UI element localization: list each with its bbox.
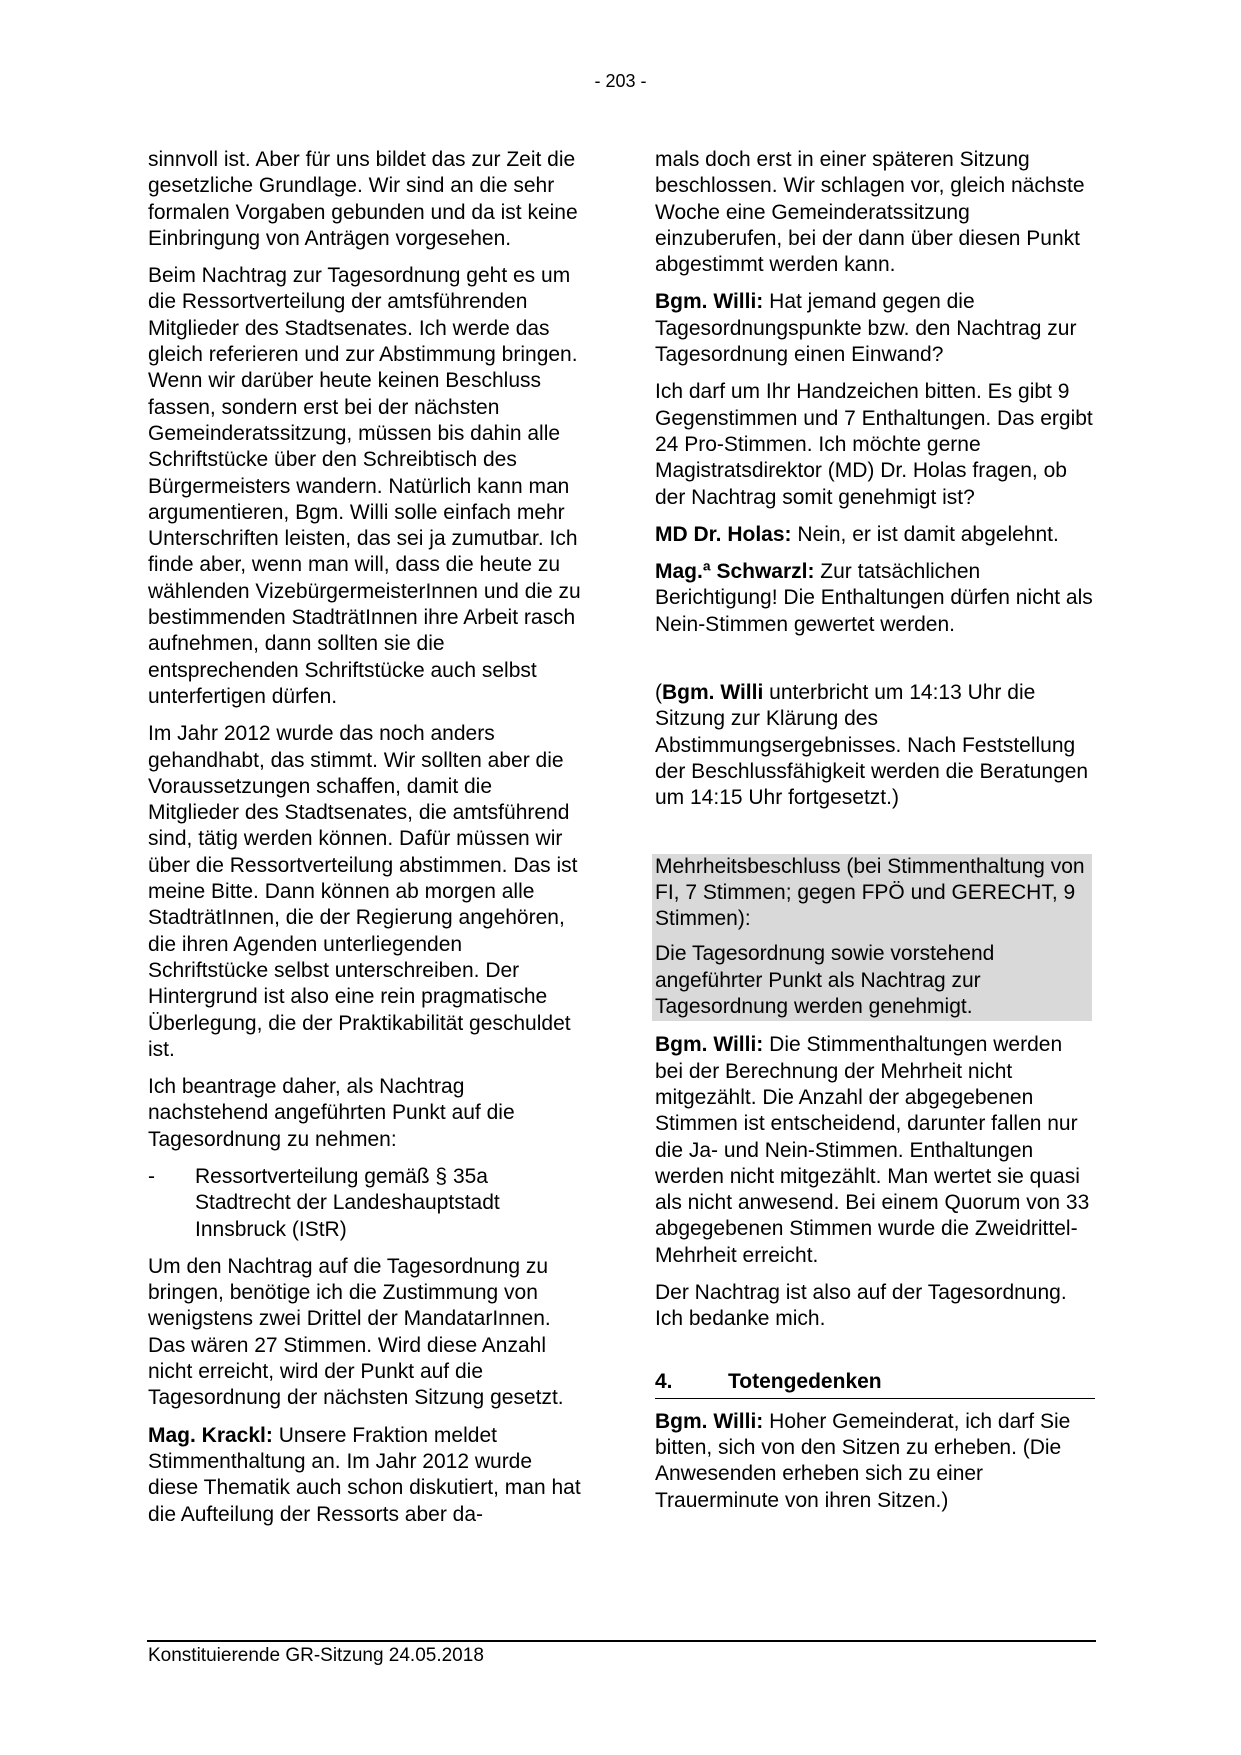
decision-text: Die Tagesordnung sowie vorstehend angefü… (655, 941, 1089, 1020)
speaker-name: Mag. Krackl: (148, 1424, 273, 1447)
speaker-name: MD Dr. Holas: (655, 523, 792, 546)
decision-box: Mehrheitsbeschluss (bei Stimmenthaltung … (652, 854, 1092, 1022)
note-paren: ( (655, 681, 662, 704)
page-number: - 203 - (0, 71, 1241, 92)
section-number: 4. (655, 1369, 728, 1395)
paragraph: Ich darf um Ihr Handzeichen bitten. Es g… (655, 379, 1095, 510)
paragraph: Beim Nachtrag zur Tagesordnung geht es u… (148, 263, 588, 710)
speaker-name: Bgm. Willi: (655, 290, 763, 313)
speaker-name: Bgm. Willi: (655, 1033, 763, 1056)
speech-paragraph: Bgm. Willi: Hat jemand gegen die Tagesor… (655, 289, 1095, 368)
footer-divider (147, 1640, 1096, 1642)
paragraph: sinnvoll ist. Aber für uns bildet das zu… (148, 147, 588, 252)
section-heading: 4. Totengedenken (655, 1369, 1095, 1399)
footer-text: Konstituierende GR-Sitzung 24.05.2018 (148, 1645, 484, 1667)
speech-text: Die Stimmenthaltungen werden bei der Ber… (655, 1033, 1089, 1266)
speech-paragraph: Bgm. Willi: Die Stimmenthaltungen werden… (655, 1032, 1095, 1269)
speech-text: Nein, er ist damit abgelehnt. (792, 523, 1059, 546)
paragraph: Ich beantrage daher, als Nachtrag nachst… (148, 1074, 588, 1153)
list-bullet: - (148, 1164, 195, 1243)
paragraph: mals doch erst in einer späteren Sitzung… (655, 147, 1095, 278)
left-column: sinnvoll ist. Aber für uns bildet das zu… (148, 147, 588, 1539)
paragraph: Der Nachtrag ist also auf der Tagesordnu… (655, 1280, 1095, 1333)
speech-paragraph: MD Dr. Holas: Nein, er ist damit abgeleh… (655, 522, 1095, 548)
paragraph: Im Jahr 2012 wurde das noch anders gehan… (148, 721, 588, 1063)
list-item-text: Ressortverteilung gemäß § 35a Stadtrecht… (195, 1164, 588, 1243)
list-item: - Ressortverteilung gemäß § 35a Stadtrec… (148, 1164, 588, 1243)
speaker-name: Mag.ª Schwarzl: (655, 560, 814, 583)
speech-paragraph: Mag. Krackl: Unsere Fraktion meldet Stim… (148, 1423, 588, 1528)
speech-paragraph: Mag.ª Schwarzl: Zur tatsächlichen Berich… (655, 559, 1095, 638)
speech-paragraph: Bgm. Willi: Hoher Gemeinderat, ich darf … (655, 1409, 1095, 1514)
right-column: mals doch erst in einer späteren Sitzung… (655, 147, 1095, 1525)
section-title: Totengedenken (728, 1369, 882, 1395)
paragraph: Um den Nachtrag auf die Tagesordnung zu … (148, 1254, 588, 1412)
procedural-note: (Bgm. Willi unterbricht um 14:13 Uhr die… (655, 680, 1095, 811)
decision-result: Mehrheitsbeschluss (bei Stimmenthaltung … (655, 854, 1089, 933)
speaker-name: Bgm. Willi (662, 681, 763, 704)
speaker-name: Bgm. Willi: (655, 1410, 763, 1433)
